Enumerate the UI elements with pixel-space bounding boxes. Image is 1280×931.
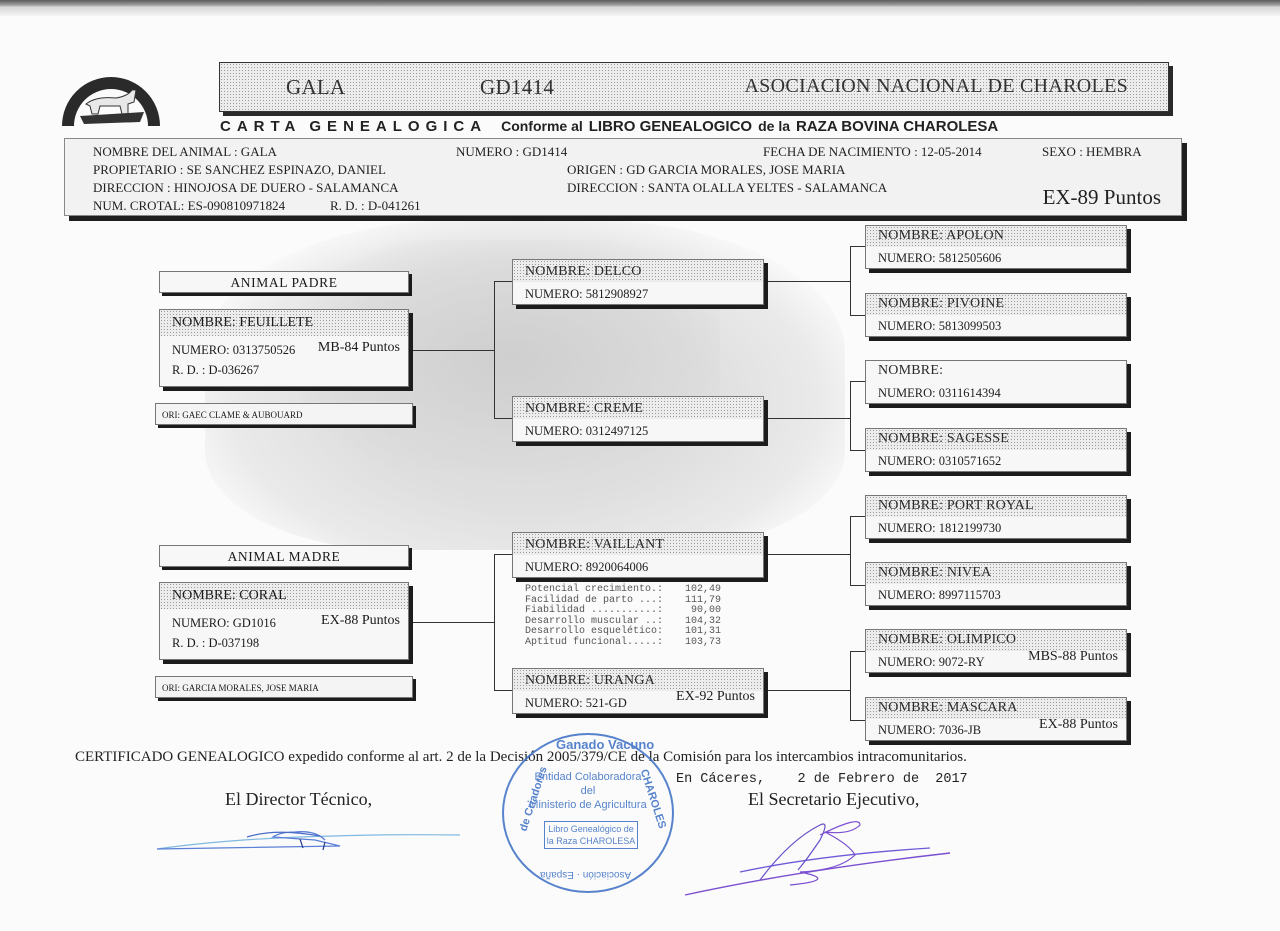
great-grandparent-numero-row: NUMERO: 0311614394 [866, 382, 1126, 401]
grandparent-numero: NUMERO: 521-GD [525, 696, 627, 710]
subtitle-libro: LIBRO GENEALOGICO [589, 118, 752, 135]
great-grandparent-box: NOMBRE: OLIMPICO NUMERO: 9072-RYMBS-88 P… [865, 629, 1127, 673]
place-date: En Cáceres, 2 de Febrero de 2017 [676, 772, 968, 787]
stat-label: Potencial crecimiento.: [525, 585, 663, 596]
great-grandparent-nombre: NOMBRE: PORT ROYAL [866, 496, 1126, 517]
info-puntos: EX-89 Puntos [1043, 185, 1161, 210]
padre-rd: R. D. : D-036267 [160, 358, 408, 378]
great-grandparent-numero: NUMERO: 0310571652 [878, 454, 1001, 468]
grandparent-box: NOMBRE: DELCO NUMERO: 5812908927 [512, 259, 764, 305]
connector [412, 622, 494, 623]
scan-edge [0, 0, 1280, 8]
grandparent-numero-row: NUMERO: 0312497125 [513, 419, 763, 439]
connector [765, 554, 850, 555]
grandparent-puntos: EX-92 Puntos [676, 689, 755, 705]
info-sexo: SEXO : HEMBRA [1042, 144, 1142, 160]
info-fecha-nacimiento: FECHA DE NACIMIENTO : 12-05-2014 [763, 144, 982, 160]
great-grandparent-numero: NUMERO: 7036-JB [878, 723, 981, 737]
info-nombre: NOMBRE DEL ANIMAL : GALA [93, 144, 277, 160]
connector [850, 381, 851, 451]
great-grandparent-box: NOMBRE: NUMERO: 0311614394 [865, 360, 1127, 404]
great-grandparent-numero: NUMERO: 5813099503 [878, 319, 1001, 333]
great-grandparent-numero: NUMERO: 9072-RY [878, 655, 985, 669]
scan-edge-shadow [0, 8, 1280, 16]
great-grandparent-box: NOMBRE: PIVOINE NUMERO: 5813099503 [865, 293, 1127, 337]
great-grandparent-numero-row: NUMERO: 8997115703 [866, 584, 1126, 603]
stamp-line: del [504, 785, 672, 797]
padre-numero: NUMERO: 0313750526 [172, 343, 295, 357]
connector [850, 516, 865, 517]
madre-puntos: EX-88 Puntos [321, 613, 400, 629]
connector [765, 418, 850, 419]
vaillant-genetic-indices: Potencial crecimiento.:102,49 Facilidad … [525, 585, 721, 649]
great-grandparent-nombre: NOMBRE: [866, 361, 1126, 382]
connector [494, 281, 512, 282]
grandparent-box: NOMBRE: CREME NUMERO: 0312497125 [512, 396, 764, 442]
great-grandparent-nombre: NOMBRE: PIVOINE [866, 294, 1126, 315]
great-grandparent-puntos: MBS-88 Puntos [1028, 649, 1118, 665]
grandparent-numero: NUMERO: 8920064006 [525, 560, 648, 574]
great-grandparent-nombre: NOMBRE: NIVEA [866, 563, 1126, 584]
info-direccion-origen: DIRECCION : SANTA OLALLA YELTES - SALAMA… [567, 180, 887, 196]
director-title: El Director Técnico, [225, 789, 372, 810]
padre-numero-row: NUMERO: 0313750526MB-84 Puntos [160, 336, 408, 358]
padre-nombre: NOMBRE: FEUILLETE [160, 310, 408, 336]
connector [412, 350, 494, 351]
connector [850, 651, 851, 721]
director-signature-icon [155, 830, 475, 870]
great-grandparent-numero: NUMERO: 0311614394 [878, 386, 1001, 400]
grandparent-nombre: NOMBRE: CREME [513, 397, 763, 419]
banner-association: ASOCIACION NACIONAL DE CHAROLES [744, 75, 1128, 98]
great-grandparent-numero-row: NUMERO: 7036-JBEX-88 Puntos [866, 719, 1126, 738]
connector [850, 246, 851, 316]
subtitle-carta: CARTA [220, 118, 301, 135]
connector [850, 315, 865, 316]
document-subtitle: CARTAGENEALOGICAConforme alLIBRO GENEALO… [220, 118, 998, 135]
connector [494, 554, 495, 690]
great-grandparent-puntos: EX-88 Puntos [1039, 717, 1118, 733]
connector [494, 281, 495, 419]
great-grandparent-box: NOMBRE: PORT ROYAL NUMERO: 1812199730 [865, 495, 1127, 539]
great-grandparent-numero-row: NUMERO: 0310571652 [866, 450, 1126, 469]
madre-rd: R. D. : D-037198 [160, 631, 408, 651]
grandparent-numero-row: NUMERO: 8920064006 [513, 555, 763, 575]
connector [850, 585, 865, 586]
madre-label: ANIMAL MADRE [159, 545, 409, 567]
connector [850, 246, 865, 247]
official-stamp: Ganado Vacuno de Criadores CHAROLES Asoc… [502, 733, 674, 893]
great-grandparent-numero-row: NUMERO: 5812505606 [866, 247, 1126, 266]
banner-animal-name: GALA [286, 75, 346, 100]
stat-label: Aptitud funcional.....: [525, 638, 663, 649]
grandparent-box: NOMBRE: VAILLANT NUMERO: 8920064006 [512, 532, 764, 578]
subtitle-raza: RAZA BOVINA CHAROLESA [796, 118, 998, 135]
grandparent-numero: NUMERO: 0312497125 [525, 424, 648, 438]
connector [850, 651, 865, 652]
association-logo-icon [56, 66, 166, 128]
subtitle-genealogica: GENEALOGICA [309, 118, 487, 135]
padre-puntos: MB-84 Puntos [318, 340, 400, 356]
stat-row: Potencial crecimiento.:102,49 [525, 585, 721, 596]
grandparent-box: NOMBRE: URANGA NUMERO: 521-GDEX-92 Punto… [512, 668, 764, 714]
padre-box: NOMBRE: FEUILLETE NUMERO: 0313750526MB-8… [159, 309, 409, 387]
info-rd: R. D. : D-041261 [330, 198, 421, 214]
grandparent-numero-row: NUMERO: 5812908927 [513, 282, 763, 302]
connector [850, 381, 865, 382]
madre-box: NOMBRE: CORAL NUMERO: GD1016EX-88 Puntos… [159, 582, 409, 660]
stamp-line: Entidad Colaboradora [504, 771, 672, 783]
animal-info-panel: NOMBRE DEL ANIMAL : GALA NUMERO : GD1414… [64, 138, 1182, 216]
info-numero: NUMERO : GD1414 [456, 144, 567, 160]
connector [494, 418, 512, 419]
stamp-box: Libro Genealógico de la Raza CHAROLESA [544, 821, 638, 849]
connector [765, 281, 850, 282]
great-grandparent-numero-row: NUMERO: 9072-RYMBS-88 Puntos [866, 651, 1126, 670]
connector [850, 720, 865, 721]
info-origen: ORIGEN : GD GARCIA MORALES, JOSE MARIA [567, 162, 845, 178]
great-grandparent-numero-row: NUMERO: 1812199730 [866, 517, 1126, 536]
stamp-line: Ministerio de Agricultura [504, 799, 672, 811]
info-direccion: DIRECCION : HINOJOSA DE DUERO - SALAMANC… [93, 180, 399, 196]
great-grandparent-nombre: NOMBRE: APOLON [866, 226, 1126, 247]
stamp-box-line: la Raza CHAROLESA [545, 835, 637, 847]
secretary-signature-icon [680, 810, 970, 905]
stat-row: Aptitud funcional.....:103,73 [525, 638, 721, 649]
madre-nombre: NOMBRE: CORAL [160, 583, 408, 609]
madre-numero: NUMERO: GD1016 [172, 616, 276, 630]
great-grandparent-box: NOMBRE: SAGESSE NUMERO: 0310571652 [865, 428, 1127, 472]
secretary-title: El Secretario Ejecutivo, [748, 789, 919, 810]
connector [850, 516, 851, 586]
stat-value: 103,73 [685, 638, 721, 649]
great-grandparent-box: NOMBRE: APOLON NUMERO: 5812505606 [865, 225, 1127, 269]
great-grandparent-numero-row: NUMERO: 5813099503 [866, 315, 1126, 334]
connector [850, 450, 865, 451]
subtitle-de-la: de la [758, 118, 790, 134]
info-propietario: PROPIETARIO : SE SANCHEZ ESPINAZO, DANIE… [93, 162, 386, 178]
stamp-ring-top: Ganado Vacuno [556, 737, 654, 752]
connector [765, 690, 850, 691]
padre-origen: ORI: GAEC CLAME & AUBOUARD [155, 403, 413, 425]
title-banner: GALA GD1414 ASOCIACION NACIONAL DE CHARO… [219, 62, 1169, 112]
madre-origen: ORI: GARCIA MORALES, JOSE MARIA [155, 676, 413, 698]
great-grandparent-box: NOMBRE: NIVEA NUMERO: 8997115703 [865, 562, 1127, 606]
grandparent-nombre: NOMBRE: VAILLANT [513, 533, 763, 555]
info-crotal: NUM. CROTAL: ES-090810971824 [93, 198, 285, 214]
great-grandparent-nombre: NOMBRE: OLIMPICO [866, 630, 1126, 651]
great-grandparent-numero: NUMERO: 1812199730 [878, 521, 1001, 535]
padre-label: ANIMAL PADRE [159, 271, 409, 293]
grandparent-nombre: NOMBRE: URANGA [513, 669, 763, 691]
stamp-ring-bottom: Asociación · España [540, 869, 631, 880]
great-grandparent-numero: NUMERO: 5812505606 [878, 251, 1001, 265]
grandparent-nombre: NOMBRE: DELCO [513, 260, 763, 282]
grandparent-numero-row: NUMERO: 521-GDEX-92 Puntos [513, 691, 763, 711]
great-grandparent-nombre: NOMBRE: SAGESSE [866, 429, 1126, 450]
stat-value: 102,49 [685, 585, 721, 596]
grandparent-numero: NUMERO: 5812908927 [525, 287, 648, 301]
connector [494, 690, 512, 691]
banner-animal-code: GD1414 [480, 75, 554, 100]
subtitle-conforme: Conforme al [501, 118, 583, 134]
stamp-box-line: Libro Genealógico de [545, 823, 637, 835]
madre-numero-row: NUMERO: GD1016EX-88 Puntos [160, 609, 408, 631]
great-grandparent-box: NOMBRE: MASCARA NUMERO: 7036-JBEX-88 Pun… [865, 697, 1127, 741]
great-grandparent-numero: NUMERO: 8997115703 [878, 588, 1001, 602]
connector [494, 554, 512, 555]
great-grandparent-nombre: NOMBRE: MASCARA [866, 698, 1126, 719]
